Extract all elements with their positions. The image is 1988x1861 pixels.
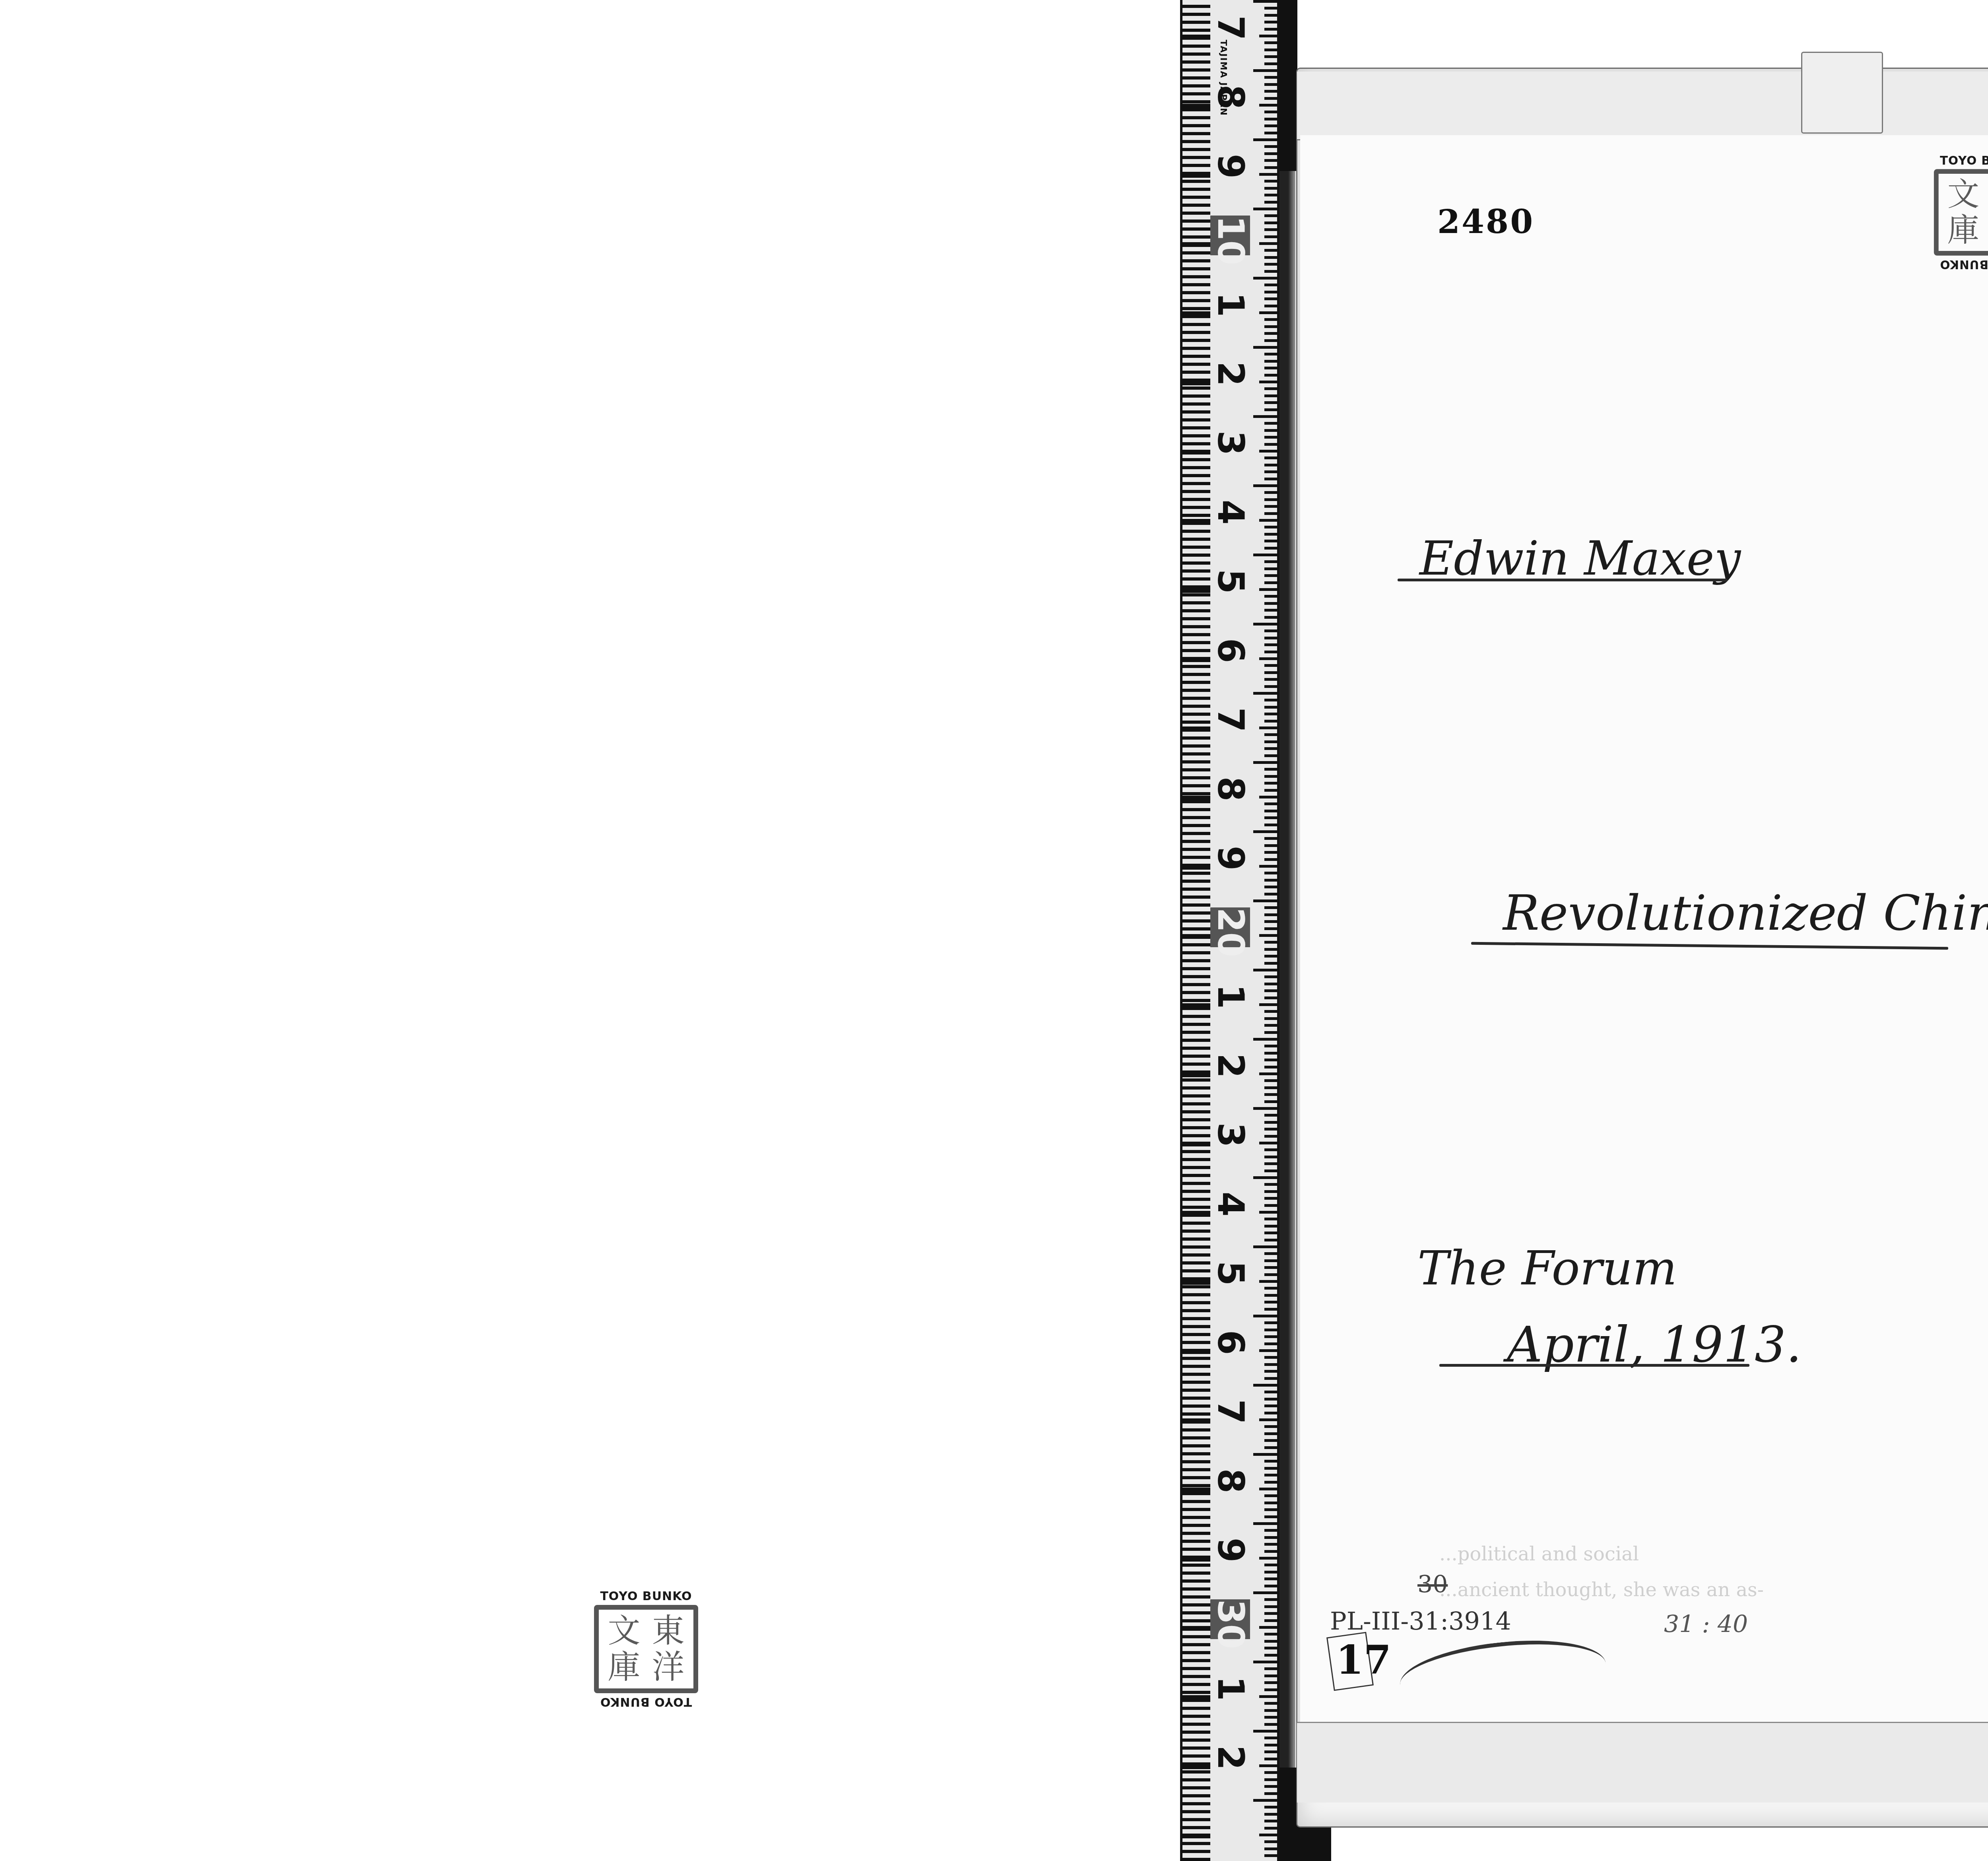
call-number-old: 30 (1417, 1571, 1448, 1599)
ruler-tick (1264, 235, 1277, 238)
ruler-tick (1264, 201, 1277, 204)
ruler-tick (1264, 1031, 1277, 1034)
ruler-number: 4 (1210, 1184, 1250, 1224)
ruler-tick (1259, 311, 1277, 314)
ruler-tick (1264, 1128, 1277, 1131)
ruler-tick (1253, 1522, 1277, 1525)
ruler-tick (1253, 1245, 1277, 1248)
ruler-tick (1264, 651, 1277, 653)
ruler-number: 6 (1210, 1323, 1250, 1362)
ruler-tick (1264, 1467, 1277, 1470)
ruler-tick (1253, 969, 1277, 971)
accession-number: 2480 (1437, 203, 1534, 241)
ruler-tick (1253, 484, 1277, 487)
document-title: Revolutionized China? (1503, 885, 1988, 941)
binding-clip-top (1279, 0, 1297, 171)
ruler-tick (1264, 754, 1277, 757)
ruler-tick (1264, 906, 1277, 909)
ruler-tick (1264, 1308, 1277, 1311)
ruler-tick (1264, 1294, 1277, 1297)
ruler-tick (1264, 291, 1277, 293)
ruler-tick (1264, 194, 1277, 196)
ruler-ticks-right (1249, 0, 1277, 1861)
tape-measure-ruler: TAJIMA JAPAN 789101234567892012345678930… (1180, 0, 1279, 1861)
ruler-tick (1259, 242, 1277, 245)
ruler-tick (1264, 353, 1277, 355)
ruler-tick (1253, 1107, 1277, 1110)
stamp-seal-icon: 文 東 庫 洋 (1934, 169, 1988, 256)
ruler-tick (1264, 1086, 1277, 1089)
ruler-tick (1253, 1799, 1277, 1802)
ruler-tick (1264, 1771, 1277, 1774)
ruler-tick (1264, 1502, 1277, 1504)
ruler-tick (1264, 512, 1277, 515)
ruler-tick (1264, 989, 1277, 992)
ruler-tick (1264, 1017, 1277, 1020)
ruler-tick (1264, 1571, 1277, 1573)
ruler-tick (1264, 1100, 1277, 1103)
ruler-tick (1264, 339, 1277, 342)
ruler-tick (1264, 228, 1277, 231)
ruler-tick (1264, 436, 1277, 439)
ruler-tick (1264, 443, 1277, 446)
ruler-number: 30 (1210, 1599, 1250, 1639)
ruler-tick (1264, 1121, 1277, 1124)
ruler-tick (1264, 1792, 1277, 1795)
ruler-tick (1264, 491, 1277, 494)
ruler-tick (1264, 775, 1277, 778)
ruler-tick (1259, 865, 1277, 868)
ruler-number: 7 (1210, 1392, 1250, 1432)
stamp-bottom-label: TOYO BUNKO (600, 1696, 692, 1708)
stamp-bottom-label: TOYO BUNKO (1940, 258, 1988, 270)
ruler-tick (1259, 1418, 1277, 1421)
stamp-glyph: 庫 (602, 1649, 646, 1685)
ruler-number: 5 (1210, 1253, 1250, 1293)
ruler-tick (1264, 851, 1277, 854)
ruler-tick (1264, 1737, 1277, 1739)
date-underline (1439, 1364, 1749, 1367)
ruler-tick (1264, 21, 1277, 23)
ruler-tick (1264, 1813, 1277, 1816)
ruler-tick (1264, 132, 1277, 134)
ruler-tick (1264, 1619, 1277, 1622)
bleed-through-text: ...political and social (1439, 1543, 1639, 1565)
call-number-main: PL-III-31:39 (1330, 1607, 1480, 1636)
ruler-tick (1264, 1675, 1277, 1677)
ruler-tick (1264, 678, 1277, 681)
ruler-tick (1253, 1384, 1277, 1387)
ruler-tick (1264, 1681, 1277, 1684)
ruler-tick (1264, 1218, 1277, 1220)
ruler-tick (1264, 1785, 1277, 1788)
ruler-tick (1264, 221, 1277, 224)
ruler-tick (1264, 360, 1277, 363)
ruler-tick (1264, 159, 1277, 162)
ruler-tick (1264, 733, 1277, 736)
ruler-tick (1264, 374, 1277, 377)
ruler-tick (1264, 581, 1277, 584)
ruler-tick (1259, 173, 1277, 176)
ruler-tick (1264, 547, 1277, 550)
ruler-tick (1264, 962, 1277, 965)
ruler-tick (1264, 983, 1277, 985)
ruler-tick (1264, 1543, 1277, 1546)
ruler-tick (1264, 118, 1277, 120)
ruler-tick (1253, 69, 1277, 72)
ruler-tick (1264, 1515, 1277, 1518)
ruler-tick (1264, 824, 1277, 826)
ruler-tick (1264, 49, 1277, 51)
ruler-tick (1264, 1197, 1277, 1200)
ruler-number: 5 (1210, 561, 1250, 601)
folder-bottom-flap (1297, 1722, 1988, 1803)
ruler-tick (1264, 1709, 1277, 1712)
ruler-tick (1264, 920, 1277, 923)
ruler-tick (1264, 893, 1277, 896)
ruler-tick (1264, 955, 1277, 958)
ruler-tick (1264, 1335, 1277, 1338)
ruler-tick (1264, 1059, 1277, 1061)
ruler-tick (1264, 1508, 1277, 1511)
ruler-tick (1264, 602, 1277, 605)
left-blank-page: TOYO BUNKO 文 東 庫 洋 TOYO BUNKO (0, 0, 1185, 1861)
ruler-number: 8 (1210, 77, 1250, 117)
bleed-through-text: ...ancient thought, she was an as- (1439, 1579, 1764, 1601)
ruler-tick (1253, 1591, 1277, 1594)
ruler-tick (1264, 1432, 1277, 1435)
ruler-number: 10 (1210, 216, 1250, 255)
ruler-tick (1264, 1156, 1277, 1158)
ruler-tick (1264, 305, 1277, 307)
ruler-tick (1259, 1626, 1277, 1629)
ruler-tick (1264, 837, 1277, 840)
ruler-tick (1259, 1072, 1277, 1075)
ruler-tick (1264, 844, 1277, 847)
ruler-tick (1264, 747, 1277, 750)
ruler-number: 6 (1210, 631, 1250, 670)
stamp-glyph: 洋 (646, 1649, 690, 1685)
ruler-tick (1264, 387, 1277, 390)
ruler-tick (1264, 1066, 1277, 1068)
ruler-tick (1259, 1003, 1277, 1006)
ruler-tick (1264, 187, 1277, 190)
ruler-tick (1264, 111, 1277, 113)
ruler-tick (1264, 325, 1277, 328)
ruler-tick (1264, 429, 1277, 432)
ruler-tick (1264, 1404, 1277, 1407)
ruler-tick (1253, 692, 1277, 695)
ruler-tick (1264, 1439, 1277, 1442)
ruler-tick (1259, 519, 1277, 522)
ruler-tick (1264, 470, 1277, 473)
ruler-tick (1264, 62, 1277, 65)
ruler-number: 7 (1210, 8, 1250, 48)
ruler-tick (1264, 1446, 1277, 1449)
ruler-tick (1253, 554, 1277, 556)
ruler-tick (1264, 526, 1277, 528)
ruler-tick (1264, 180, 1277, 183)
ruler-tick (1264, 1045, 1277, 1047)
ruler-tick (1264, 498, 1277, 501)
ruler-tick (1264, 1647, 1277, 1649)
ruler-tick (1264, 1148, 1277, 1151)
ruler-tick (1264, 145, 1277, 148)
ruler-tick (1259, 727, 1277, 729)
stamp-glyph: 洋 (1985, 212, 1988, 248)
ruler-tick (1259, 1695, 1277, 1698)
stamp-glyph: 庫 (1942, 212, 1985, 248)
ruler-tick (1264, 1252, 1277, 1255)
ruler-tick (1264, 1079, 1277, 1082)
ruler-tick (1264, 1806, 1277, 1809)
ruler-tick (1264, 567, 1277, 570)
ruler-tick (1264, 872, 1277, 874)
ruler-tick (1264, 1550, 1277, 1553)
stamp-glyph: 文 (602, 1613, 646, 1649)
ruler-tick (1259, 1142, 1277, 1144)
ruler-tick (1253, 1730, 1277, 1733)
ruler-tick (1264, 858, 1277, 861)
ruler-tick (1264, 297, 1277, 300)
ruler-tick (1259, 35, 1277, 37)
ruler-tick (1253, 138, 1277, 141)
ruler-tick (1264, 1052, 1277, 1055)
ruler-ticks-left (1182, 0, 1210, 1861)
ruler-tick (1264, 1820, 1277, 1822)
ruler-tick (1264, 28, 1277, 31)
ruler-tick (1264, 83, 1277, 86)
ruler-tick (1264, 1425, 1277, 1428)
ruler-tick (1264, 1329, 1277, 1331)
ruler-tick (1264, 1356, 1277, 1359)
ruler-tick (1253, 761, 1277, 764)
ruler-tick (1264, 713, 1277, 715)
ruler-tick (1253, 1038, 1277, 1041)
ruler-tick (1264, 1377, 1277, 1380)
ruler-tick (1264, 214, 1277, 217)
ruler-tick (1264, 1654, 1277, 1657)
ruler-number: 9 (1210, 1530, 1250, 1570)
toyo-bunko-stamp: TOYO BUNKO 文 東 庫 洋 TOYO BUNKO (1932, 155, 1988, 270)
ruler-tick (1264, 263, 1277, 266)
ruler-tick (1264, 574, 1277, 577)
ruler-tick (1264, 1398, 1277, 1401)
ruler-tick (1264, 1827, 1277, 1830)
stamp-glyph: 東 (1985, 177, 1988, 212)
ruler-tick (1264, 1481, 1277, 1484)
ruler-tick (1264, 1363, 1277, 1366)
ruler-tick (1264, 699, 1277, 701)
ruler-tick (1264, 1273, 1277, 1276)
call-number-secondary: 31 : 40 (1664, 1610, 1748, 1638)
ruler-tick (1264, 643, 1277, 646)
call-number-suffix: 14 (1480, 1607, 1511, 1636)
ruler-tick (1264, 1723, 1277, 1726)
ruler-tick (1259, 381, 1277, 383)
ruler-number: 1 (1210, 285, 1250, 324)
ruler-number: 7 (1210, 700, 1250, 740)
ruler-tick (1264, 1342, 1277, 1345)
ruler-number: 9 (1210, 838, 1250, 878)
ruler-tick (1253, 0, 1277, 3)
ruler-tick (1264, 1114, 1277, 1117)
ruler-number: 2 (1210, 1738, 1250, 1777)
ruler-tick (1264, 1564, 1277, 1566)
ruler-tick (1264, 941, 1277, 944)
ruler-number: 8 (1210, 1461, 1250, 1501)
author-underline (1398, 579, 1728, 581)
ruler-tick (1264, 1716, 1277, 1719)
ruler-tick (1259, 1349, 1277, 1352)
ruler-tick (1264, 1093, 1277, 1096)
ruler-tick (1264, 782, 1277, 785)
ruler-tick (1264, 401, 1277, 404)
ruler-tick (1264, 560, 1277, 563)
ruler-number: 4 (1210, 492, 1250, 532)
ruler-tick (1264, 706, 1277, 709)
ruler-tick (1264, 1854, 1277, 1857)
ruler-tick (1264, 394, 1277, 397)
ruler-tick (1264, 1169, 1277, 1172)
ruler-tick (1264, 720, 1277, 723)
ruler-tick (1264, 332, 1277, 335)
ruler-tick (1264, 975, 1277, 978)
ruler-tick (1264, 1633, 1277, 1636)
ruler-tick (1264, 1321, 1277, 1324)
ruler-tick (1264, 1183, 1277, 1186)
stamp-glyph: 東 (646, 1613, 690, 1649)
ruler-tick (1264, 789, 1277, 792)
ruler-tick (1264, 1190, 1277, 1193)
ruler-tick (1253, 830, 1277, 833)
ruler-tick (1264, 1370, 1277, 1373)
journal-name: The Forum (1417, 1241, 1677, 1296)
ruler-tick (1264, 1536, 1277, 1539)
ruler-tick (1264, 1135, 1277, 1138)
call-number-boxed: 17 (1336, 1636, 1391, 1683)
ruler-tick (1264, 55, 1277, 58)
ruler-tick (1264, 1287, 1277, 1290)
ruler-number: 3 (1210, 1115, 1250, 1155)
ruler-tick (1253, 1315, 1277, 1317)
ruler-tick (1264, 270, 1277, 273)
binding-edge (1279, 0, 1295, 1861)
ruler-tick (1264, 1239, 1277, 1241)
ruler-tick (1253, 623, 1277, 626)
ruler-tick (1264, 1577, 1277, 1580)
ruler-tick (1264, 1460, 1277, 1463)
ruler-tick (1253, 899, 1277, 902)
ruler-tick (1264, 927, 1277, 930)
ruler-tick (1264, 671, 1277, 674)
ruler-tick (1264, 616, 1277, 619)
ruler-tick (1264, 14, 1277, 17)
ruler-number: 20 (1210, 907, 1250, 947)
ruler-tick (1264, 740, 1277, 743)
ruler-tick (1264, 1744, 1277, 1746)
ruler-tick (1264, 464, 1277, 466)
ruler-tick (1264, 1232, 1277, 1234)
ruler-tick (1264, 1225, 1277, 1228)
ruler-tick (1264, 1529, 1277, 1532)
ruler-number: 8 (1210, 769, 1250, 809)
ruler-tick (1264, 1010, 1277, 1013)
ruler-number: 2 (1210, 354, 1250, 394)
ruler-tick (1264, 367, 1277, 369)
stamp-glyph: 文 (1942, 177, 1985, 212)
ruler-tick (1264, 1840, 1277, 1843)
ruler-tick (1264, 422, 1277, 425)
ruler-tick (1264, 637, 1277, 639)
toyo-bunko-stamp: TOYO BUNKO 文 東 庫 洋 TOYO BUNKO (592, 1591, 700, 1708)
ruler-tick (1259, 588, 1277, 591)
ruler-tick (1264, 1259, 1277, 1262)
ruler-tick (1264, 1162, 1277, 1165)
ruler-tick (1264, 1024, 1277, 1027)
ruler-tick (1264, 948, 1277, 951)
stamp-top-label: TOYO BUNKO (1940, 155, 1988, 167)
ruler-tick (1264, 886, 1277, 888)
ruler-tick (1259, 1280, 1277, 1283)
stamp-top-label: TOYO BUNKO (600, 1591, 692, 1603)
ruler-tick (1253, 1176, 1277, 1179)
ruler-tick (1253, 1453, 1277, 1456)
ruler-tick (1264, 533, 1277, 536)
ruler-tick (1253, 277, 1277, 280)
ruler-tick (1264, 505, 1277, 508)
ruler-tick (1264, 97, 1277, 100)
ruler-tick (1264, 90, 1277, 93)
ruler-tick (1264, 1474, 1277, 1476)
ruler-tick (1264, 768, 1277, 771)
folder-top-flap (1297, 72, 1988, 140)
ruler-number: 3 (1210, 423, 1250, 463)
ruler-tick (1259, 1488, 1277, 1490)
ruler-number: 1 (1210, 1669, 1250, 1708)
ruler-number: 2 (1210, 1046, 1250, 1086)
ruler-tick (1264, 1667, 1277, 1670)
ruler-tick (1259, 104, 1277, 107)
ruler-tick (1264, 1301, 1277, 1303)
ruler-tick (1264, 802, 1277, 805)
ruler-tick (1264, 318, 1277, 321)
ruler-tick (1264, 249, 1277, 252)
ruler-tick (1264, 609, 1277, 612)
ruler-tick (1259, 796, 1277, 798)
ruler-tick (1264, 1688, 1277, 1691)
ruler-tick (1264, 152, 1277, 155)
ruler-number: 1 (1210, 977, 1250, 1016)
ruler-tick (1253, 346, 1277, 349)
ruler-tick (1264, 1750, 1277, 1753)
ruler-tick (1264, 816, 1277, 819)
ruler-tick (1264, 664, 1277, 667)
ruler-tick (1264, 629, 1277, 632)
ruler-tick (1264, 408, 1277, 411)
ruler-tick (1264, 41, 1277, 44)
ruler-tick (1264, 1640, 1277, 1643)
ruler-tick (1259, 450, 1277, 453)
ruler-tick (1264, 913, 1277, 916)
ruler-tick (1264, 540, 1277, 542)
ruler-tick (1253, 1661, 1277, 1663)
stamp-seal-icon: 文 東 庫 洋 (594, 1605, 698, 1693)
ruler-tick (1259, 934, 1277, 937)
ruler-tick (1264, 1391, 1277, 1393)
ruler-tick (1264, 166, 1277, 169)
ruler-tick (1264, 1204, 1277, 1207)
